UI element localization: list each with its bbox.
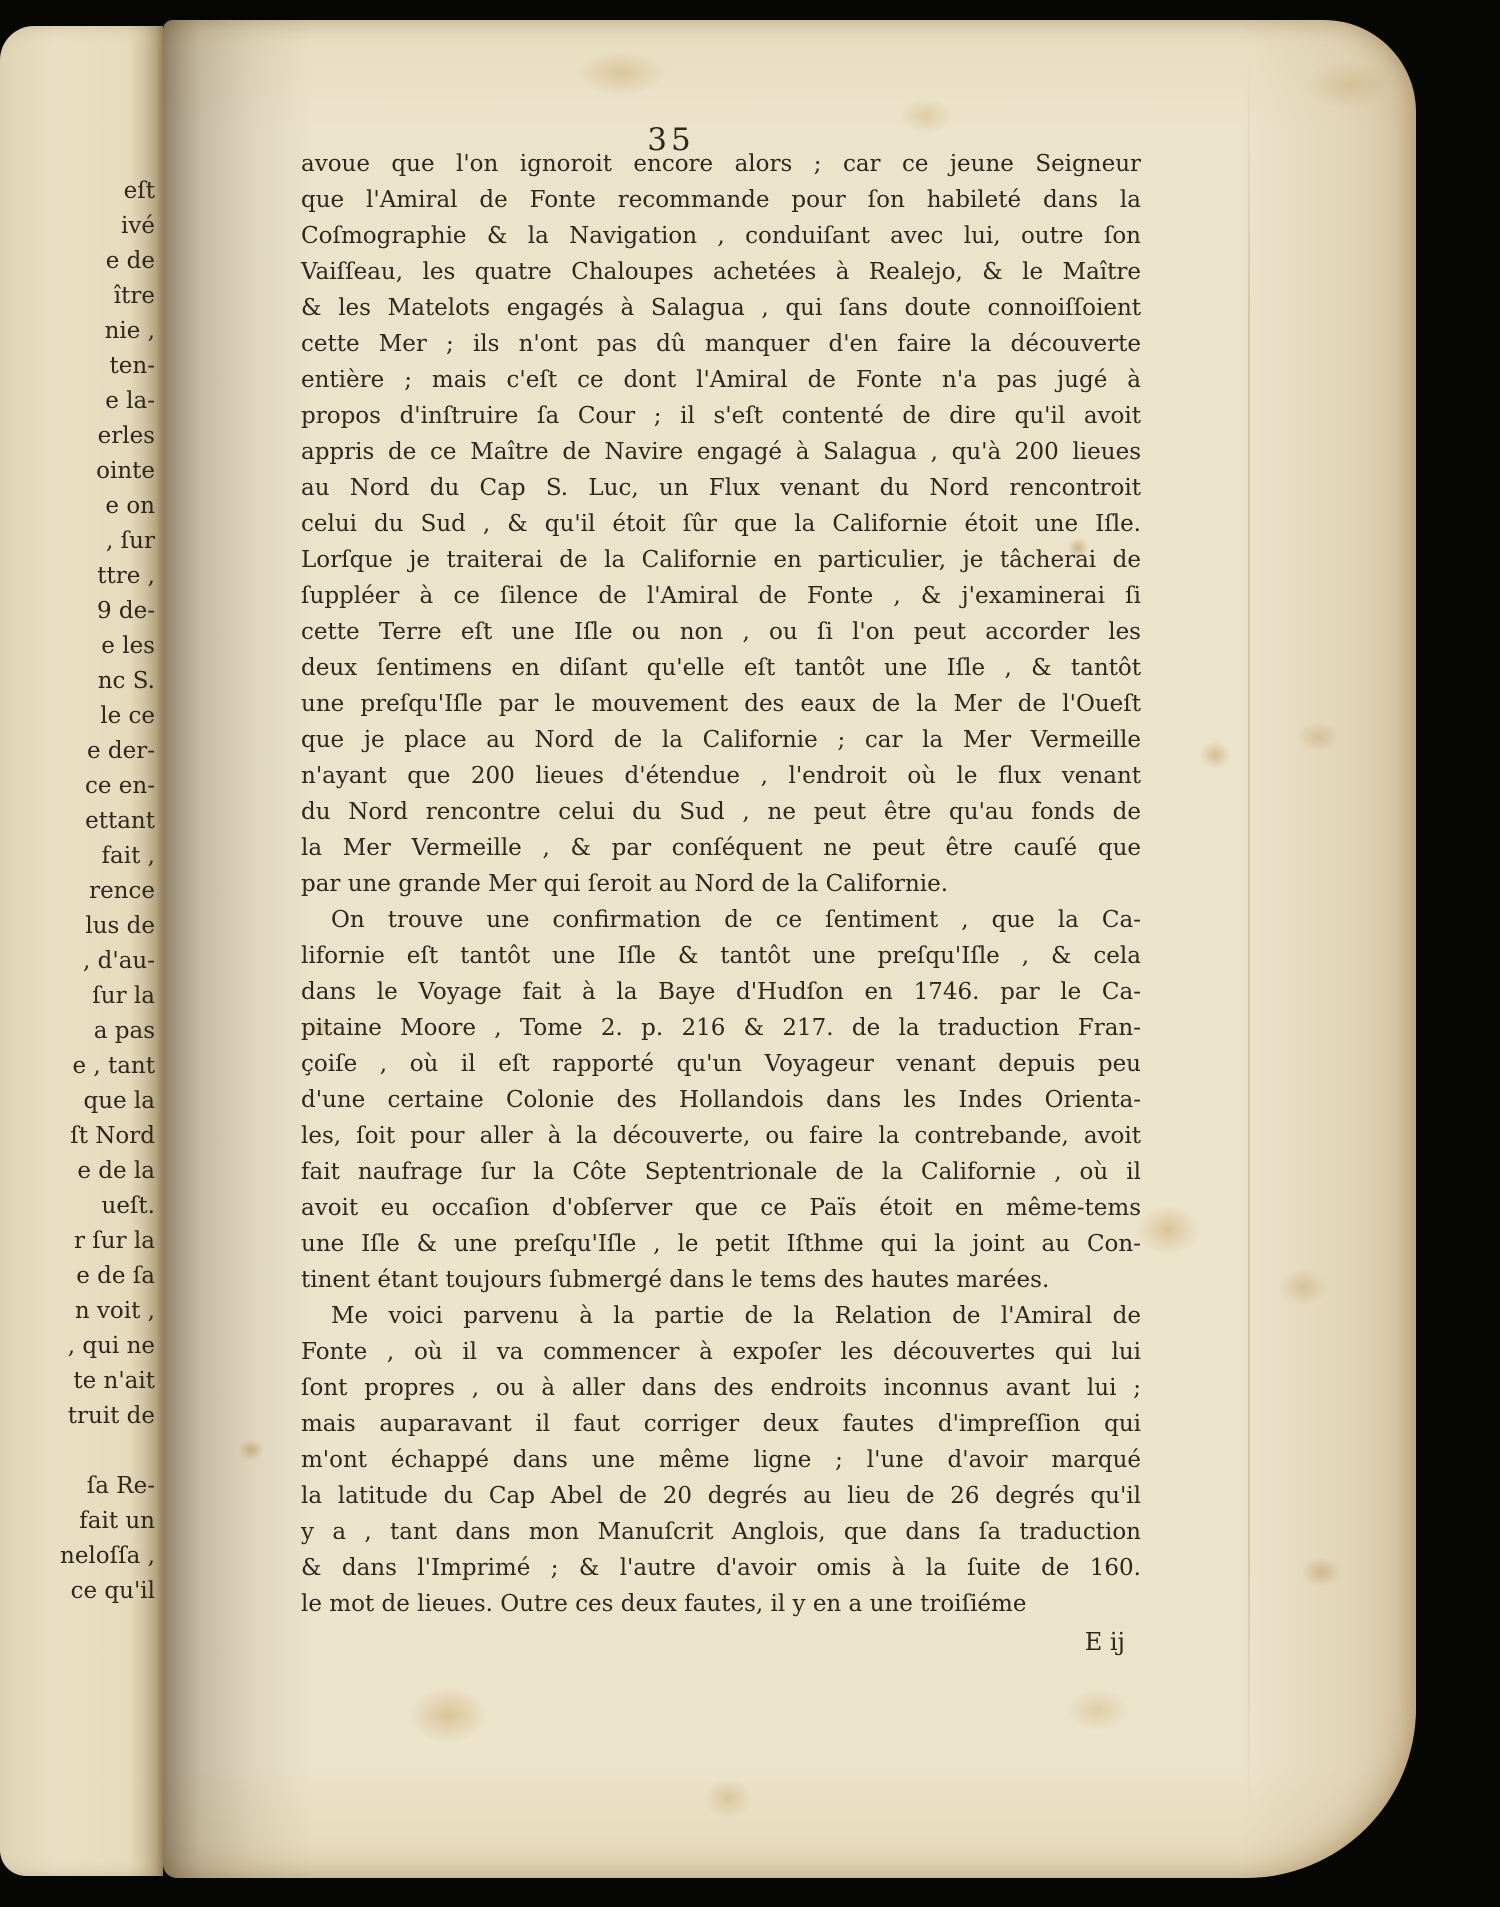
paragraph-1: avoue que l'on ignoroit encore alors ; c… — [301, 146, 1141, 902]
paragraph-2: On trouve une confirmation de ce ſentime… — [301, 902, 1141, 1298]
page-fore-edge-line — [1248, 50, 1250, 1818]
left-page-edge: eſtivée deîtrenie ,ten-e la-erlesointee … — [0, 26, 163, 1876]
page-text-block: avoue que l'on ignoroit encore alors ; c… — [301, 146, 1141, 1662]
left-page-text-fragments: eſtivée deîtrenie ,ten-e la-erlesointee … — [5, 174, 155, 1609]
signature-mark: E ij — [301, 1622, 1141, 1662]
right-page: 35 avoue que l'on ignoroit encore alors … — [163, 20, 1416, 1878]
paragraph-3: Me voici parvenu à la partie de la Relat… — [301, 1298, 1141, 1622]
